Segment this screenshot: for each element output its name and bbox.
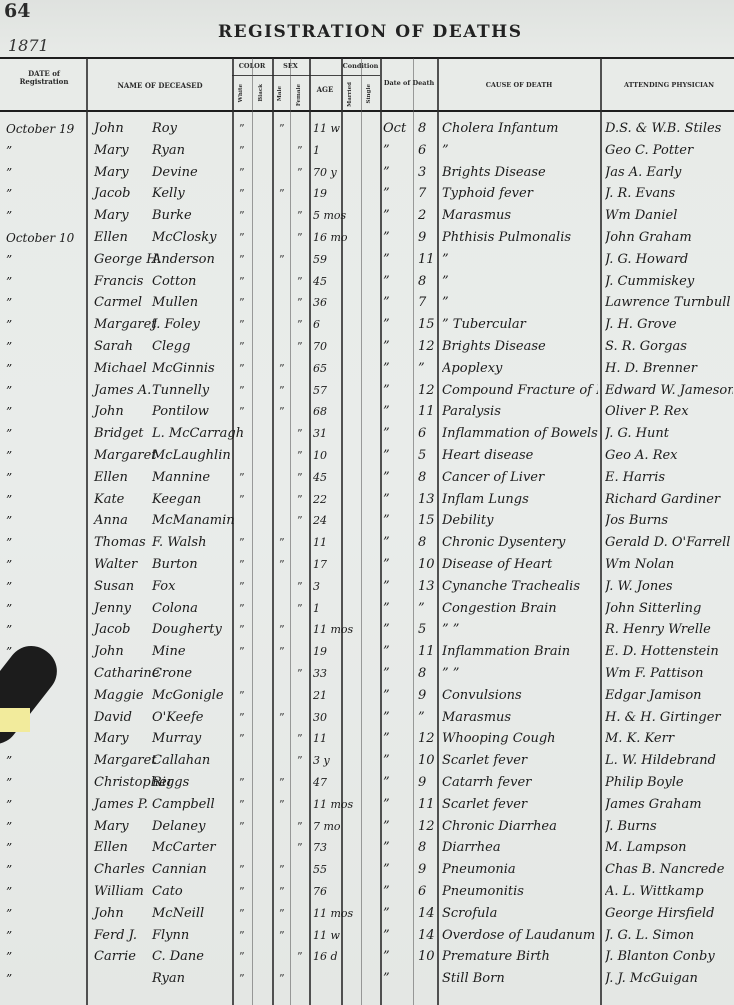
cause-of-death: ” ” (442, 619, 598, 641)
age: 3 y (313, 750, 330, 772)
attending-physician: Wm Daniel (605, 205, 733, 227)
date-of-registration: ” (6, 859, 84, 881)
age: 11 mos (313, 794, 353, 816)
register-row: ” William Cato ” ” 76 ” 6 Pneumonitis A.… (0, 881, 734, 903)
deceased-first-name: Mary (94, 140, 129, 162)
header-age: AGE (309, 86, 341, 94)
color-white-mark: ” (239, 118, 245, 140)
deceased-first-name: Bridget (94, 423, 144, 445)
register-row: ” Ellen McCarter ” 73 ” 8 Diarrhea M. La… (0, 837, 734, 859)
color-white-mark: ” (239, 619, 245, 641)
date-of-registration: ” (6, 968, 84, 990)
attending-physician: Wm F. Pattison (605, 663, 733, 685)
age: 65 (313, 358, 327, 380)
cause-of-death: Still Born (442, 968, 598, 990)
cause-of-death: Scarlet fever (442, 750, 598, 772)
date-of-registration: ” (6, 532, 84, 554)
age: 36 (313, 292, 327, 314)
date-of-registration: ” (6, 271, 84, 293)
deceased-last-name: Devine (152, 162, 198, 184)
death-day: 12 (418, 336, 435, 358)
date-of-registration: ” (6, 292, 84, 314)
register-row: ” Ferd J. Flynn ” ” 11 w ” 14 Overdose o… (0, 925, 734, 947)
sex-male-mark: ” (279, 772, 285, 794)
header-female: Female (296, 84, 302, 106)
deceased-last-name: Pontilow (152, 401, 209, 423)
date-of-registration: ” (6, 750, 84, 772)
color-white-mark: ” (239, 685, 245, 707)
age: 21 (313, 685, 327, 707)
cause-of-death: Convulsions (442, 685, 598, 707)
register-row: ” Anna McManamin ” 24 ” 15 Debility Jos … (0, 510, 734, 532)
death-day: 13 (418, 576, 435, 598)
sex-female-mark: ” (297, 336, 303, 358)
sex-female-mark: ” (297, 946, 303, 968)
attending-physician: H. D. Brenner (605, 358, 733, 380)
deceased-last-name: Cannian (152, 859, 207, 881)
register-row: ” John Mine ” ” 19 ” 11 Inflammation Bra… (0, 641, 734, 663)
header-single: Single (366, 84, 372, 104)
age: 55 (313, 859, 327, 881)
date-of-registration: ” (6, 510, 84, 532)
cause-of-death: ” (442, 292, 598, 314)
cause-of-death: Debility (442, 510, 598, 532)
attending-physician: John Sitterling (605, 598, 733, 620)
deceased-last-name: Ryan (152, 140, 185, 162)
attending-physician: E. D. Hottenstein (605, 641, 733, 663)
attending-physician: J. G. L. Simon (605, 925, 733, 947)
color-white-mark: ” (239, 183, 245, 205)
color-white-mark: ” (239, 816, 245, 838)
deceased-last-name: Burke (152, 205, 192, 227)
color-white-mark: ” (239, 140, 245, 162)
death-month: ” (383, 707, 390, 729)
date-of-registration: October 10 (6, 227, 84, 249)
death-month: ” (383, 401, 390, 423)
death-month: ” (383, 641, 390, 663)
date-of-registration: ” (6, 598, 84, 620)
date-of-registration: ” (6, 772, 84, 794)
cause-of-death: Inflammation Brain (442, 641, 598, 663)
age: 68 (313, 401, 327, 423)
deceased-last-name: Mullen (152, 292, 198, 314)
sex-male-mark: ” (279, 380, 285, 402)
deceased-last-name: O'Keefe (152, 707, 204, 729)
deceased-first-name: Jacob (94, 619, 130, 641)
date-of-registration: ” (6, 489, 84, 511)
register-row: ” Ellen Mannine ” ” 45 ” 8 Cancer of Liv… (0, 467, 734, 489)
color-white-mark: ” (239, 772, 245, 794)
register-row: ” James P. Campbell ” ” 11 mos ” 11 Scar… (0, 794, 734, 816)
cause-of-death: Pneumonia (442, 859, 598, 881)
color-white-mark: ” (239, 205, 245, 227)
date-of-registration: ” (6, 554, 84, 576)
deceased-last-name: F. Walsh (152, 532, 206, 554)
register-row: ” Margaret Callahan ” 3 y ” 10 Scarlet f… (0, 750, 734, 772)
date-of-registration: ” (6, 816, 84, 838)
death-day: 10 (418, 750, 435, 772)
sex-female-mark: ” (297, 750, 303, 772)
cause-of-death: Pneumonitis (442, 881, 598, 903)
register-row: ” George H. Anderson ” ” 59 ” 11 ” J. G.… (0, 249, 734, 271)
age: 11 (313, 728, 327, 750)
age: 7 mo (313, 816, 341, 838)
death-day: 10 (418, 946, 435, 968)
death-day: 12 (418, 728, 435, 750)
sex-female-mark: ” (297, 162, 303, 184)
date-of-registration: ” (6, 925, 84, 947)
cause-of-death: Brights Disease (442, 336, 598, 358)
death-month: ” (383, 881, 390, 903)
register-row: ” Susan Fox ” ” 3 ” 13 Cynanche Tracheal… (0, 576, 734, 598)
yellow-highlight-mark (0, 708, 30, 732)
register-row: October 10 Ellen McClosky ” ” 16 mo ” 9 … (0, 227, 734, 249)
deceased-last-name: McClosky (152, 227, 216, 249)
sex-female-mark: ” (297, 837, 303, 859)
page-title: REGISTRATION OF DEATHS (218, 22, 523, 42)
date-of-registration: October 19 (6, 118, 84, 140)
deceased-first-name: John (94, 118, 124, 140)
deceased-last-name: L. McCarragh (152, 423, 244, 445)
deceased-last-name: McCarter (152, 837, 216, 859)
date-of-registration: ” (6, 445, 84, 467)
sex-male-mark: ” (279, 794, 285, 816)
death-month: ” (383, 423, 390, 445)
register-row: ” Mary Murray ” ” 11 ” 12 Whooping Cough… (0, 728, 734, 750)
sex-male-mark: ” (279, 968, 285, 990)
death-day: 11 (418, 401, 435, 423)
age: 57 (313, 380, 327, 402)
attending-physician: A. L. Wittkamp (605, 881, 733, 903)
age: 30 (313, 707, 327, 729)
sex-female-mark: ” (297, 489, 303, 511)
age: 33 (313, 663, 327, 685)
color-white-mark: ” (239, 227, 245, 249)
death-month: ” (383, 314, 390, 336)
death-month: ” (383, 837, 390, 859)
deceased-last-name: Flynn (152, 925, 189, 947)
attending-physician: J. W. Jones (605, 576, 733, 598)
header-name-of-deceased: NAME OF DECEASED (90, 82, 230, 90)
attending-physician: J. H. Grove (605, 314, 733, 336)
attending-physician: J. R. Evans (605, 183, 733, 205)
cause-of-death: ” ” (442, 663, 598, 685)
cause-of-death: Chronic Diarrhea (442, 816, 598, 838)
sex-male-mark: ” (279, 118, 285, 140)
attending-physician: J. J. McGuigan (605, 968, 733, 990)
attending-physician: M. Lampson (605, 837, 733, 859)
cause-of-death: Apoplexy (442, 358, 598, 380)
register-row: ” John McNeill ” ” 11 mos ” 14 Scrofula … (0, 903, 734, 925)
death-month: ” (383, 205, 390, 227)
sex-female-mark: ” (297, 816, 303, 838)
death-month: ” (383, 685, 390, 707)
register-row: ” Sarah Clegg ” ” 70 ” 12 Brights Diseas… (0, 336, 734, 358)
age: 6 (313, 314, 320, 336)
cause-of-death: ” (442, 271, 598, 293)
color-white-mark: ” (239, 271, 245, 293)
death-day: 7 (418, 183, 426, 205)
attending-physician: Chas B. Nancrede (605, 859, 733, 881)
deceased-last-name: Campbell (152, 794, 215, 816)
deceased-first-name: William (94, 881, 144, 903)
death-day: 6 (418, 881, 426, 903)
deceased-last-name: McGonigle (152, 685, 224, 707)
cause-of-death: Cynanche Trachealis (442, 576, 598, 598)
color-white-mark: ” (239, 728, 245, 750)
deceased-last-name: J. Foley (152, 314, 200, 336)
register-row: ” John Pontilow ” ” 68 ” 11 Paralysis Ol… (0, 401, 734, 423)
cause-of-death: ” Tubercular (442, 314, 598, 336)
death-day: 8 (418, 532, 426, 554)
deceased-last-name: Burton (152, 554, 198, 576)
cause-of-death: Congestion Brain (442, 598, 598, 620)
color-white-mark: ” (239, 292, 245, 314)
death-day: 8 (418, 467, 426, 489)
age: 22 (313, 489, 327, 511)
date-of-registration: ” (6, 423, 84, 445)
attending-physician: Oliver P. Rex (605, 401, 733, 423)
death-month: ” (383, 358, 390, 380)
death-day: 5 (418, 445, 426, 467)
sex-male-mark: ” (279, 554, 285, 576)
date-of-registration: ” (6, 183, 84, 205)
death-day: 12 (418, 380, 435, 402)
cause-of-death: Scarlet fever (442, 794, 598, 816)
header-attending-physician: ATTENDING PHYSICIAN (604, 82, 734, 89)
death-month: ” (383, 532, 390, 554)
attending-physician: Wm Nolan (605, 554, 733, 576)
age: 47 (313, 772, 327, 794)
age: 16 d (313, 946, 338, 968)
attending-physician: J. G. Howard (605, 249, 733, 271)
color-white-mark: ” (239, 489, 245, 511)
attending-physician: Jos Burns (605, 510, 733, 532)
register-year: 1871 (8, 36, 49, 55)
death-month: ” (383, 183, 390, 205)
death-month: ” (383, 336, 390, 358)
date-of-registration: ” (6, 401, 84, 423)
sex-female-mark: ” (297, 663, 303, 685)
deceased-first-name: David (94, 707, 132, 729)
deceased-first-name: Mary (94, 205, 129, 227)
deceased-first-name: Michael (94, 358, 147, 380)
subheader-rule (232, 75, 380, 76)
attending-physician: J. G. Hunt (605, 423, 733, 445)
cause-of-death: Overdose of Laudanum (442, 925, 598, 947)
attending-physician: J. Burns (605, 816, 733, 838)
color-white-mark: ” (239, 467, 245, 489)
deceased-first-name: Catharine (94, 663, 159, 685)
cause-of-death: Paralysis (442, 401, 598, 423)
death-month: ” (383, 968, 390, 990)
death-month: ” (383, 576, 390, 598)
date-of-registration: ” (6, 837, 84, 859)
age: 1 (313, 140, 320, 162)
cause-of-death: Scrofula (442, 903, 598, 925)
age: 1 (313, 598, 320, 620)
deceased-last-name: Delaney (152, 816, 205, 838)
color-white-mark: ” (239, 314, 245, 336)
sex-female-mark: ” (297, 728, 303, 750)
attending-physician: Geo A. Rex (605, 445, 733, 467)
cause-of-death: Whooping Cough (442, 728, 598, 750)
cause-of-death: Chronic Dysentery (442, 532, 598, 554)
death-day: 12 (418, 816, 435, 838)
cause-of-death: Inflammation of Bowels (442, 423, 598, 445)
deceased-first-name: Francis (94, 271, 143, 293)
deceased-last-name: Ryan (152, 968, 185, 990)
sex-female-mark: ” (297, 467, 303, 489)
age: 11 mos (313, 903, 353, 925)
death-month: ” (383, 227, 390, 249)
color-white-mark: ” (239, 903, 245, 925)
age: 70 y (313, 162, 337, 184)
color-white-mark: ” (239, 401, 245, 423)
cause-of-death: Marasmus (442, 205, 598, 227)
age: 59 (313, 249, 327, 271)
death-day: 8 (418, 118, 426, 140)
cause-of-death: Heart disease (442, 445, 598, 467)
death-day: 9 (418, 227, 426, 249)
death-day: 9 (418, 859, 426, 881)
attending-physician: R. Henry Wrelle (605, 619, 733, 641)
register-row: ” Mary Ryan ” ” 1 ” 6 ” Geo C. Potter (0, 140, 734, 162)
attending-physician: Lawrence Turnbull (605, 292, 733, 314)
age: 5 mos (313, 205, 346, 227)
age: 24 (313, 510, 327, 532)
register-row: ” Maggie McGonigle ” 21 ” 9 Convulsions … (0, 685, 734, 707)
death-month: ” (383, 859, 390, 881)
sex-male-mark: ” (279, 183, 285, 205)
header-white: White (238, 84, 244, 102)
deceased-last-name: Keegan (152, 489, 201, 511)
date-of-registration: ” (6, 576, 84, 598)
header-date-of-death: Date of Death (381, 80, 437, 87)
death-month: ” (383, 750, 390, 772)
color-white-mark: ” (239, 598, 245, 620)
header-condition: Condition (341, 63, 380, 70)
cause-of-death: Phthisis Pulmonalis (442, 227, 598, 249)
death-month: Oct (383, 118, 406, 140)
age: 10 (313, 445, 327, 467)
deceased-last-name: McNeill (152, 903, 204, 925)
register-row: ” Francis Cotton ” ” 45 ” 8 ” J. Cummisk… (0, 271, 734, 293)
sex-female-mark: ” (297, 510, 303, 532)
sex-male-mark: ” (279, 925, 285, 947)
color-white-mark: ” (239, 336, 245, 358)
cause-of-death: ” (442, 249, 598, 271)
deceased-first-name: Margaret (94, 314, 156, 336)
color-white-mark: ” (239, 968, 245, 990)
register-row: ” David O'Keefe ” ” 30 ” ” Marasmus H. &… (0, 707, 734, 729)
deceased-last-name: Murray (152, 728, 201, 750)
death-day: 6 (418, 140, 426, 162)
header-married: Married (347, 82, 353, 107)
color-white-mark: ” (239, 707, 245, 729)
age: 45 (313, 467, 327, 489)
deceased-last-name: Anderson (152, 249, 215, 271)
register-row: ” Mary Devine ” ” 70 y ” 3 Brights Disea… (0, 162, 734, 184)
deceased-first-name: Ellen (94, 467, 128, 489)
header-bottom-rule (0, 110, 734, 112)
register-row: ” Michael McGinnis ” ” 65 ” ” Apoplexy H… (0, 358, 734, 380)
date-of-registration: ” (6, 467, 84, 489)
deceased-first-name: Mary (94, 816, 129, 838)
register-row: ” Ryan ” ” ” Still Born J. J. McGuigan (0, 968, 734, 990)
register-row: ” Mary Burke ” ” 5 mos ” 2 Marasmus Wm D… (0, 205, 734, 227)
register-page: 64 1871 REGISTRATION OF DEATHS DATE of R… (0, 0, 734, 1005)
deceased-first-name: Ellen (94, 227, 128, 249)
sex-male-mark: ” (279, 619, 285, 641)
color-white-mark: ” (239, 576, 245, 598)
attending-physician: Philip Boyle (605, 772, 733, 794)
death-month: ” (383, 925, 390, 947)
date-of-registration: ” (6, 380, 84, 402)
death-day: 15 (418, 510, 435, 532)
attending-physician: S. R. Gorgas (605, 336, 733, 358)
death-day: 11 (418, 794, 435, 816)
deceased-last-name: Clegg (152, 336, 190, 358)
death-month: ” (383, 728, 390, 750)
attending-physician: Richard Gardiner (605, 489, 733, 511)
death-day: 9 (418, 685, 426, 707)
death-month: ” (383, 489, 390, 511)
register-row: ” Margaret McLaughlin ” 10 ” 5 Heart dis… (0, 445, 734, 467)
age: 70 (313, 336, 327, 358)
deceased-last-name: Riggs (152, 772, 189, 794)
death-month: ” (383, 619, 390, 641)
deceased-first-name: Ferd J. (94, 925, 137, 947)
register-row: ” Christopher Riggs ” ” 47 ” 9 Catarrh f… (0, 772, 734, 794)
age: 11 (313, 532, 327, 554)
register-row: October 19 John Roy ” ” 11 w Oct 8 Chole… (0, 118, 734, 140)
deceased-first-name: Kate (94, 489, 124, 511)
date-of-registration: ” (6, 881, 84, 903)
attending-physician: H. & H. Girtinger (605, 707, 733, 729)
color-white-mark: ” (239, 881, 245, 903)
death-day: 5 (418, 619, 426, 641)
deceased-last-name: Kelly (152, 183, 185, 205)
sex-male-mark: ” (279, 641, 285, 663)
attending-physician: D.S. & W.B. Stiles (605, 118, 733, 140)
deceased-last-name: Fox (152, 576, 175, 598)
deceased-first-name: James P. (94, 794, 148, 816)
deceased-first-name: Walter (94, 554, 137, 576)
header-date-of-registration: DATE of Registration (8, 70, 80, 85)
attending-physician: Geo C. Potter (605, 140, 733, 162)
age: 11 mos (313, 619, 353, 641)
deceased-last-name: McLaughlin (152, 445, 231, 467)
register-row: ” James A. Tunnelly ” ” 57 ” 12 Compound… (0, 380, 734, 402)
sex-male-mark: ” (279, 401, 285, 423)
death-day: ” (418, 707, 425, 729)
register-row: ” Charles Cannian ” ” 55 ” 9 Pneumonia C… (0, 859, 734, 881)
attending-physician: M. K. Kerr (605, 728, 733, 750)
death-month: ” (383, 794, 390, 816)
deceased-first-name: Carrie (94, 946, 136, 968)
header-cause-of-death: CAUSE OF DEATH (440, 82, 598, 89)
death-day: 10 (418, 554, 435, 576)
death-month: ” (383, 140, 390, 162)
cause-of-death: Compound Fracture of Knee (442, 380, 598, 402)
date-of-registration: ” (6, 249, 84, 271)
age: 45 (313, 271, 327, 293)
death-day: 14 (418, 903, 435, 925)
death-day: 13 (418, 489, 435, 511)
death-month: ” (383, 510, 390, 532)
death-day: 3 (418, 162, 426, 184)
